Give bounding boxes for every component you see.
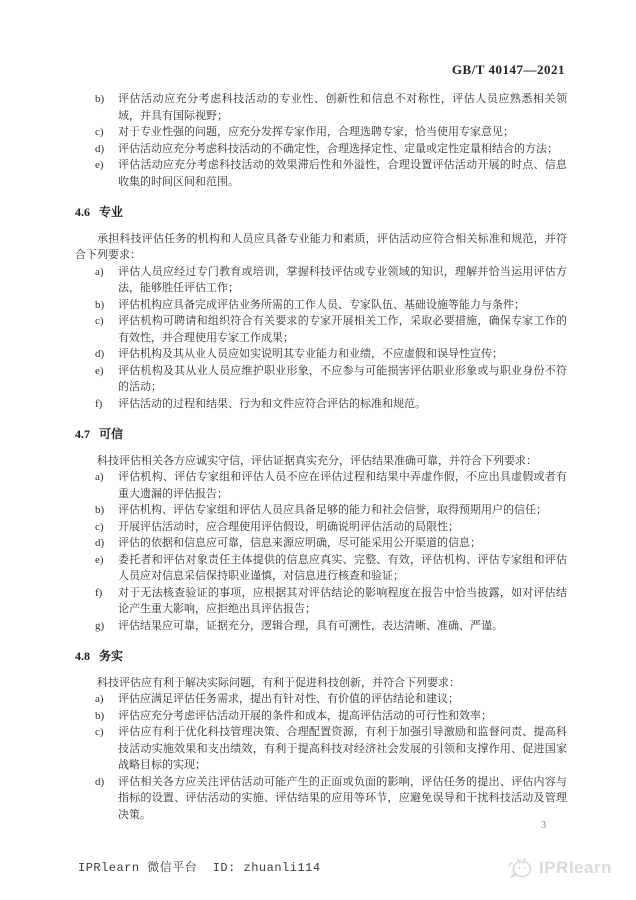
list-item: a)评估机构、评估专家组和评估人员不应在评估过程和结果中弄虚作假，不应出具虚假或…	[75, 469, 567, 502]
list-item-label: d)	[95, 346, 104, 363]
list-item: c)开展评估活动时，应合理使用评估假设，明确说明评估活动的局限性；	[75, 519, 567, 536]
list-item: b)评估机构、评估专家组和评估人员应具备足够的能力和社会信誉，取得预期用户的信任…	[75, 502, 567, 519]
list-item: g)评估结果应可靠，证据充分，逻辑合理，具有可溯性，表达清晰、准确、严谨。	[75, 618, 567, 635]
list-item-label: a)	[95, 264, 104, 281]
list-item-text: 评估应有利于优化科技管理决策、合理配置资源，有利于加强引导激励和监督问责、提高科…	[118, 726, 567, 771]
list-item: b)评估活动应充分考虑科技活动的专业性、创新性和信息不对称性，评估人员应熟悉相关…	[75, 91, 567, 124]
list-item-label: b)	[95, 502, 104, 519]
list-item-label: e)	[95, 363, 104, 380]
section-heading: 4.6专业	[75, 204, 567, 221]
section-title: 可信	[99, 427, 123, 441]
list-item-text: 开展评估活动时，应合理使用评估假设，明确说明评估活动的局限性；	[118, 521, 459, 533]
list-item-label: f)	[95, 396, 102, 413]
section-intro: 科技评估相关各方应诚实守信，评估证据真实充分，评估结果准确可靠，并符合下列要求：	[75, 453, 567, 470]
list-item: c)评估应有利于优化科技管理决策、合理配置资源，有利于加强引导激励和监督问责、提…	[75, 724, 567, 774]
list-item: f)对于无法核查验证的事项，应根据其对评估结论的影响程度在报告中恰当披露，如对评…	[75, 585, 567, 618]
list-item: a)评估人员应经过专门教育或培训，掌握科技评估或专业领域的知识，理解并恰当运用评…	[75, 264, 567, 297]
list-item: a)评估应满足评估任务需求，提出有针对性、有价值的评估结论和建议；	[75, 691, 567, 708]
list-item: d)评估活动应充分考虑科技活动的不确定性，合理选择定性、定量或定性定量相结合的方…	[75, 141, 567, 158]
list-item-label: d)	[95, 774, 104, 791]
list-item-label: d)	[95, 535, 104, 552]
section-number: 4.7	[75, 427, 90, 441]
section-number: 4.6	[75, 205, 90, 219]
list-item-label: f)	[95, 585, 102, 602]
list-item-text: 评估机构及其从业人员应维护职业形象，不应参与可能损害评估职业形象或与职业身份不符…	[118, 365, 567, 394]
document-body: b)评估活动应充分考虑科技活动的专业性、创新性和信息不对称性，评估人员应熟悉相关…	[75, 91, 567, 823]
list-item-text: 评估应充分考虑评估活动开展的条件和成本，提高评估活动的可行性和效率；	[118, 710, 492, 722]
list-item-label: a)	[95, 691, 104, 708]
section-intro: 承担科技评估任务的机构和人员应具备专业能力和素质，评估活动应符合相关标准和规范，…	[75, 231, 567, 264]
list-item-label: c)	[95, 124, 104, 141]
list-item-text: 对于专业性强的问题，应充分发挥专家作用，合理选聘专家，恰当使用专家意见；	[118, 126, 514, 138]
list-item-text: 评估的依据和信息应可靠，信息来源应明确，尽可能采用公开渠道的信息；	[118, 537, 481, 549]
section-intro: 科技评估应有利于解决实际问题，有利于促进科技创新，并符合下列要求：	[75, 675, 567, 692]
list-item-text: 评估人员应经过专门教育或培训，掌握科技评估或专业领域的知识，理解并恰当运用评估方…	[118, 266, 567, 295]
list-item-label: c)	[95, 724, 104, 741]
section-title: 务实	[99, 649, 123, 663]
list-item-label: a)	[95, 469, 104, 486]
list-item-label: b)	[95, 91, 104, 108]
document-page: GB/T 40147—2021 b)评估活动应充分考虑科技活动的专业性、创新性和…	[0, 0, 636, 900]
list-item-label: e)	[95, 552, 104, 569]
list-item-label: b)	[95, 297, 104, 314]
list-item: e)评估活动应充分考虑科技活动的效果滞后性和外溢性，合理设置评估活动开展的时点、…	[75, 157, 567, 190]
footer-platform-id: IPRlearn 微信平台 ID: zhuanli114	[78, 858, 321, 875]
list-item-label: e)	[95, 157, 104, 174]
list-item-text: 评估机构、评估专家组和评估人员不应在评估过程和结果中弄虚作假，不应出具虚假或者有…	[118, 471, 567, 500]
list-item: b)评估机构应具备完成评估业务所需的工作人员、专家队伍、基础设施等能力与条件；	[75, 297, 567, 314]
section-heading: 4.8务实	[75, 648, 567, 665]
list-item-text: 评估机构、评估专家组和评估人员应具备足够的能力和社会信誉，取得预期用户的信任；	[118, 504, 547, 516]
list-item: f)评估活动的过程和结果、行为和文件应符合评估的标准和规范。	[75, 396, 567, 413]
list-item-text: 评估机构可聘请和组织符合有关要求的专家开展相关工作，采取必要措施，确保专家工作的…	[118, 315, 567, 344]
list-item-label: c)	[95, 313, 104, 330]
list-item-text: 评估机构应具备完成评估业务所需的工作人员、专家队伍、基础设施等能力与条件；	[118, 299, 525, 311]
list-item-text: 评估活动应充分考虑科技活动的效果滞后性和外溢性，合理设置评估活动开展的时点、信息…	[118, 159, 567, 188]
list-item-label: c)	[95, 519, 104, 536]
standard-code-header: GB/T 40147—2021	[452, 62, 565, 78]
list-item: d)评估机构及其从业人员应如实说明其专业能力和业绩，不应虚假和误导性宣传；	[75, 346, 567, 363]
list-item: d)评估的依据和信息应可靠，信息来源应明确，尽可能采用公开渠道的信息；	[75, 535, 567, 552]
iprlearn-logo-icon	[508, 857, 534, 879]
list-item-text: 委托者和评估对象责任主体提供的信息应真实、完整、有效，评估机构、评估专家组和评估…	[118, 554, 567, 583]
list-item: c)评估机构可聘请和组织符合有关要求的专家开展相关工作，采取必要措施，确保专家工…	[75, 313, 567, 346]
page-number: 3	[541, 820, 546, 831]
list-item-text: 评估结果应可靠，证据充分，逻辑合理，具有可溯性，表达清晰、准确、严谨。	[118, 620, 503, 632]
list-item: c)对于专业性强的问题，应充分发挥专家作用，合理选聘专家，恰当使用专家意见；	[75, 124, 567, 141]
list-item-text: 评估应满足评估任务需求，提出有针对性、有价值的评估结论和建议；	[118, 693, 459, 705]
list-item-label: b)	[95, 708, 104, 725]
list-item-label: d)	[95, 141, 104, 158]
list-item-text: 评估活动应充分考虑科技活动的专业性、创新性和信息不对称性，评估人员应熟悉相关领域…	[118, 93, 567, 122]
watermark: IPRlearn	[508, 857, 612, 879]
list-item-text: 评估活动应充分考虑科技活动的不确定性，合理选择定性、定量或定性定量相结合的方法；	[118, 143, 558, 155]
section-number: 4.8	[75, 649, 90, 663]
list-item: e)评估机构及其从业人员应维护职业形象，不应参与可能损害评估职业形象或与职业身份…	[75, 363, 567, 396]
list-item: e)委托者和评估对象责任主体提供的信息应真实、完整、有效，评估机构、评估专家组和…	[75, 552, 567, 585]
section-title: 专业	[99, 205, 123, 219]
list-item: d)评估相关各方应关注评估活动可能产生的正面或负面的影响，评估任务的提出、评估内…	[75, 774, 567, 824]
list-item: b)评估应充分考虑评估活动开展的条件和成本，提高评估活动的可行性和效率；	[75, 708, 567, 725]
list-item-label: g)	[95, 618, 104, 635]
list-item-text: 评估相关各方应关注评估活动可能产生的正面或负面的影响，评估任务的提出、评估内容与…	[118, 776, 567, 821]
list-item-text: 评估机构及其从业人员应如实说明其专业能力和业绩，不应虚假和误导性宣传；	[118, 348, 503, 360]
list-item-text: 评估活动的过程和结果、行为和文件应符合评估的标准和规范。	[118, 398, 426, 410]
watermark-text: IPRlearn	[539, 858, 612, 878]
section-heading: 4.7可信	[75, 426, 567, 443]
list-item-text: 对于无法核查验证的事项，应根据其对评估结论的影响程度在报告中恰当披露，如对评估结…	[118, 587, 567, 616]
